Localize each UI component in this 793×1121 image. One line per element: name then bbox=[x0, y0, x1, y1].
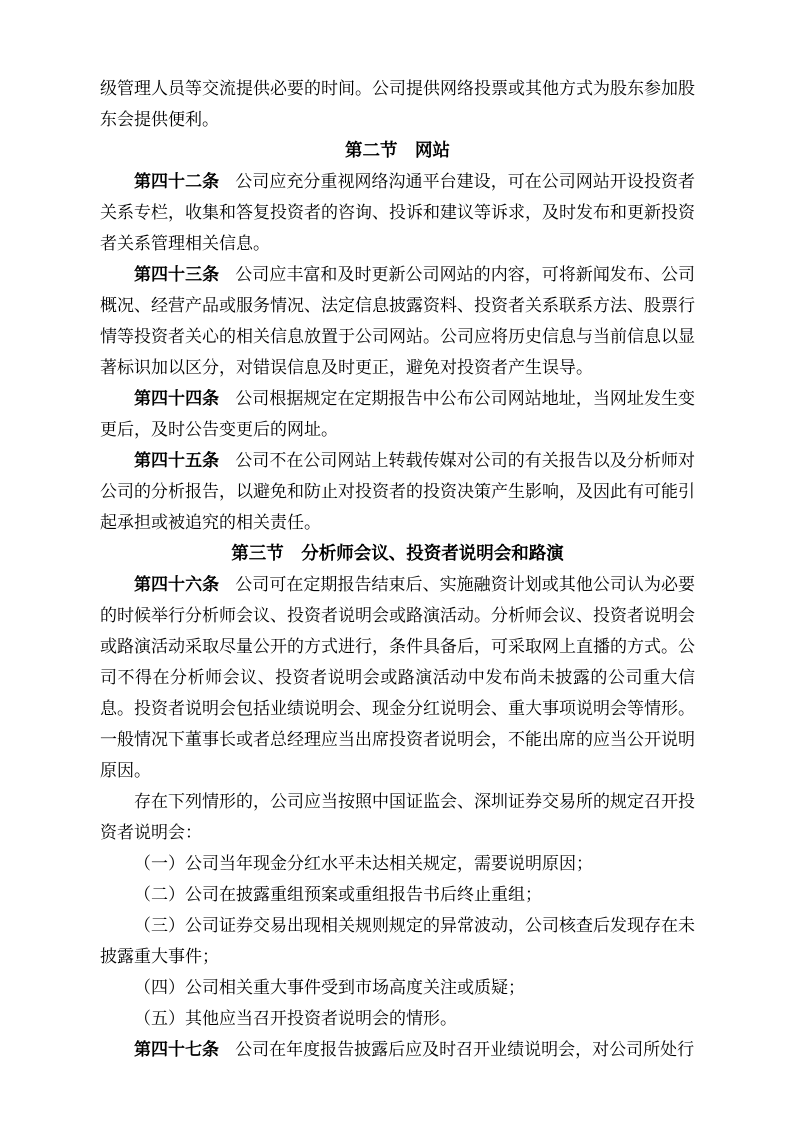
list-item-5: （五）其他应当召开投资者说明会的情形。 bbox=[100, 1003, 695, 1034]
article-42-number: 第四十二条 bbox=[134, 172, 219, 191]
paragraph-continuation: 级管理人员等交流提供必要的时间。公司提供网络投票或其他方式为股东参加股东会提供便… bbox=[100, 73, 695, 135]
paragraph-article-45: 第四十五条公司不在公司网站上转载传媒对公司的有关报告以及分析师对公司的分析报告，… bbox=[100, 445, 695, 538]
list-item-2: （二）公司在披露重组预案或重组报告书后终止重组； bbox=[100, 879, 695, 910]
paragraph-article-43: 第四十三条公司应丰富和及时更新公司网站的内容，可将新闻发布、公司概况、经营产品或… bbox=[100, 259, 695, 383]
article-44-number: 第四十四条 bbox=[134, 389, 219, 408]
article-45-number: 第四十五条 bbox=[134, 451, 219, 470]
paragraph-article-46: 第四十六条公司可在定期报告结束后、实施融资计划或其他公司认为必要的时候举行分析师… bbox=[100, 569, 695, 786]
article-46-number: 第四十六条 bbox=[134, 575, 219, 594]
paragraph-article-44: 第四十四条公司根据规定在定期报告中公布公司网站地址，当网址发生变更后，及时公告变… bbox=[100, 383, 695, 445]
paragraph-article-47: 第四十七条公司在年度报告披露后应及时召开业绩说明会，对公司所处行 bbox=[100, 1034, 695, 1065]
article-47-text: 公司在年度报告披露后应及时召开业绩说明会，对公司所处行 bbox=[235, 1040, 694, 1059]
list-item-4: （四）公司相关重大事件受到市场高度关注或质疑； bbox=[100, 972, 695, 1003]
section-heading-3: 第三节 分析师会议、投资者说明会和路演 bbox=[100, 538, 695, 569]
article-47-number: 第四十七条 bbox=[134, 1040, 219, 1059]
article-43-number: 第四十三条 bbox=[134, 265, 219, 284]
paragraph-article-42: 第四十二条公司应充分重视网络沟通平台建设，可在公司网站开设投资者关系专栏，收集和… bbox=[100, 166, 695, 259]
article-46-text: 公司可在定期报告结束后、实施融资计划或其他公司认为必要的时候举行分析师会议、投资… bbox=[100, 575, 695, 780]
section-heading-2: 第二节 网站 bbox=[100, 135, 695, 166]
document-page: 级管理人员等交流提供必要的时间。公司提供网络投票或其他方式为股东参加股东会提供便… bbox=[0, 0, 793, 1121]
list-item-3: （三）公司证券交易出现相关规则规定的异常波动，公司核查后发现存在未披露重大事件； bbox=[100, 910, 695, 972]
list-item-1: （一）公司当年现金分红水平未达相关规定，需要说明原因； bbox=[100, 848, 695, 879]
paragraph-briefing-intro: 存在下列情形的，公司应当按照中国证监会、深圳证券交易所的规定召开投资者说明会： bbox=[100, 786, 695, 848]
